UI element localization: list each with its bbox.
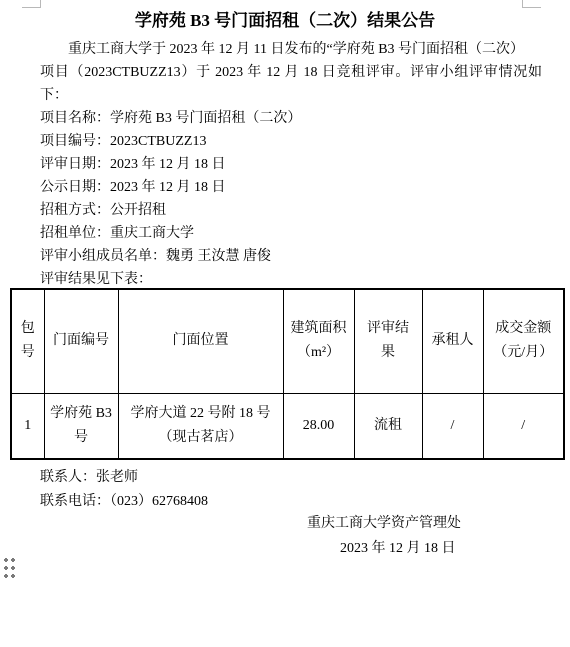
info-line-publicity-date: 公示日期：2023 年 12 月 18 日 bbox=[40, 176, 542, 199]
header-deal-amount: 成交金额 （元/月） bbox=[483, 289, 564, 393]
info-line-rental-unit: 招租单位：重庆工商大学 bbox=[40, 222, 542, 245]
info-line-review-panel: 评审小组成员名单：魏勇 王汝慧 唐俊 bbox=[40, 245, 542, 268]
handle-dot-icon bbox=[4, 574, 8, 578]
cell-package-no: 1 bbox=[11, 393, 44, 459]
cell-review-result: 流租 bbox=[354, 393, 422, 459]
signature-date: 2023 年 12 月 18 日 bbox=[340, 538, 456, 560]
body-text: 重庆工商大学于 2023 年 12 月 11 日发布的“学府苑 B3 号门面招租… bbox=[40, 38, 542, 291]
contact-person: 联系人：张老师 bbox=[40, 466, 480, 490]
handle-dot-icon bbox=[11, 558, 15, 562]
header-shop-location: 门面位置 bbox=[118, 289, 283, 393]
header-package-no: 包 号 bbox=[11, 289, 44, 393]
info-line-review-date: 评审日期：2023 年 12 月 18 日 bbox=[40, 153, 542, 176]
table-row: 1 学府苑 B3 号 学府大道 22 号附 18 号 （现古茗店） 28.00 … bbox=[11, 393, 564, 459]
cell-floor-area: 28.00 bbox=[283, 393, 354, 459]
header-lessee: 承租人 bbox=[422, 289, 483, 393]
contact-phone: 联系电话：（023）62768408 bbox=[40, 490, 480, 514]
intro-paragraph: 重庆工商大学于 2023 年 12 月 11 日发布的“学府苑 B3 号门面招租… bbox=[40, 38, 542, 107]
table-drag-handle-icon[interactable] bbox=[4, 558, 15, 578]
handle-dot-icon bbox=[11, 566, 15, 570]
document-page: 学府苑 B3 号门面招租（二次）结果公告 重庆工商大学于 2023 年 12 月… bbox=[0, 0, 570, 647]
page-title: 学府苑 B3 号门面招租（二次）结果公告 bbox=[0, 9, 570, 32]
table-header-row: 包 号 门面编号 门面位置 建筑面积 （m²） 评审结 果 承租人 成交金额 （… bbox=[11, 289, 564, 393]
contact-block: 联系人：张老师 联系电话：（023）62768408 bbox=[40, 466, 480, 514]
header-shop-number: 门面编号 bbox=[44, 289, 118, 393]
handle-dot-icon bbox=[4, 566, 8, 570]
crop-mark-top-right-icon bbox=[522, 0, 541, 8]
info-line-rental-method: 招租方式：公开招租 bbox=[40, 199, 542, 222]
cell-shop-number: 学府苑 B3 号 bbox=[44, 393, 118, 459]
handle-dot-icon bbox=[4, 558, 8, 562]
info-line-project-name: 项目名称：学府苑 B3 号门面招租（二次） bbox=[40, 107, 542, 130]
signature-unit: 重庆工商大学资产管理处 bbox=[307, 513, 461, 535]
cell-deal-amount: / bbox=[483, 393, 564, 459]
header-floor-area: 建筑面积 （m²） bbox=[283, 289, 354, 393]
cell-shop-location: 学府大道 22 号附 18 号 （现古茗店） bbox=[118, 393, 283, 459]
crop-mark-top-left-icon bbox=[22, 0, 41, 8]
cell-lessee: / bbox=[422, 393, 483, 459]
handle-dot-icon bbox=[11, 574, 15, 578]
header-review-result: 评审结 果 bbox=[354, 289, 422, 393]
result-table: 包 号 门面编号 门面位置 建筑面积 （m²） 评审结 果 承租人 成交金额 （… bbox=[10, 288, 565, 460]
info-line-project-number: 项目编号：2023CTBUZZ13 bbox=[40, 130, 542, 153]
